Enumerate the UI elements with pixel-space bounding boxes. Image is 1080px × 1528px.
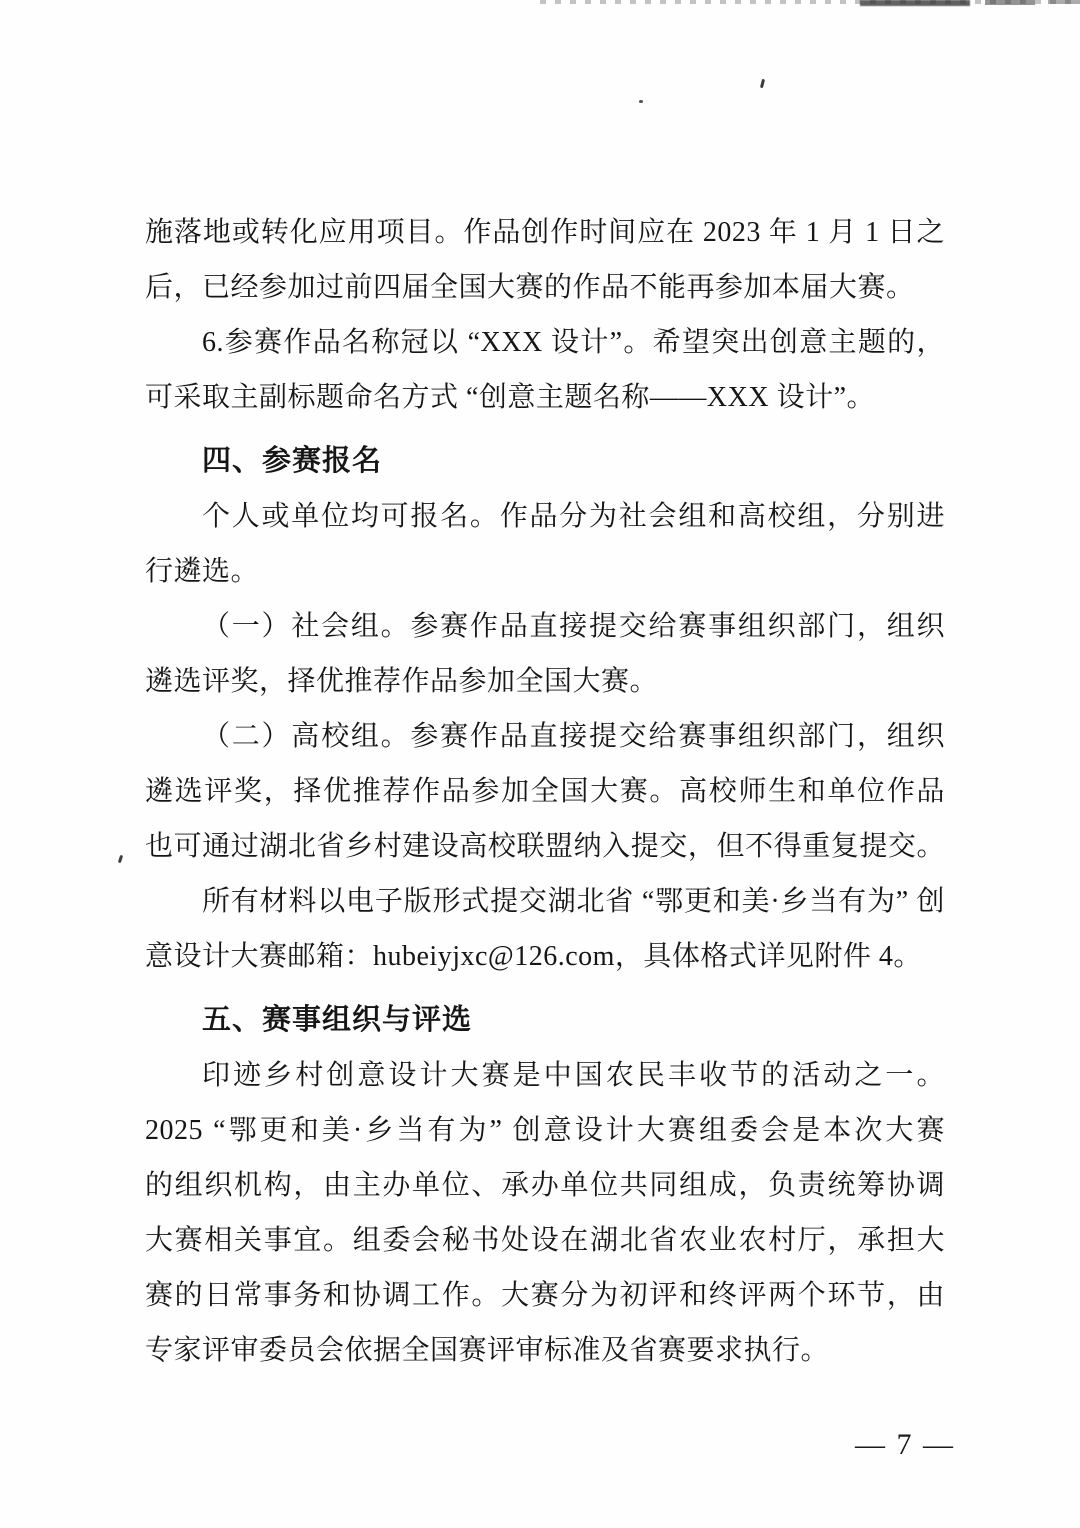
text-line: 遴选评奖，择优推荐作品参加全国大赛。高校师生和单位作品 <box>145 764 945 819</box>
text-line: 行遴选。 <box>145 544 945 599</box>
text-line: （二）高校组。参赛作品直接提交给赛事组织部门，组织 <box>145 709 945 764</box>
text-line: 可采取主副标题命名方式 “创意主题名称——XXX 设计”。 <box>145 370 945 425</box>
text-line: （一）社会组。参赛作品直接提交给赛事组织部门，组织 <box>145 599 945 654</box>
scan-artifact-blob <box>985 0 1035 5</box>
text-line: 施落地或转化应用项目。作品创作时间应在 2023 年 1 月 1 日之 <box>145 205 945 260</box>
text-line: 6.参赛作品名称冠以 “XXX 设计”。希望突出创意主题的， <box>145 315 945 370</box>
scan-artifact-blob <box>1048 0 1080 4</box>
text-line: 的组织机构，由主办单位、承办单位共同组成，负责统筹协调 <box>145 1158 945 1213</box>
text-line: 个人或单位均可报名。作品分为社会组和高校组，分别进 <box>145 489 945 544</box>
text-line: 也可通过湖北省乡村建设高校联盟纳入提交，但不得重复提交。 <box>145 819 945 874</box>
document-body: 施落地或转化应用项目。作品创作时间应在 2023 年 1 月 1 日之后，已经参… <box>145 205 945 1378</box>
scan-artifact-blob <box>860 0 970 6</box>
text-line: 意设计大赛邮箱：hubeiyjxc@126.com，具体格式详见附件 4。 <box>145 929 945 984</box>
scan-speck <box>639 100 643 103</box>
document-page: 施落地或转化应用项目。作品创作时间应在 2023 年 1 月 1 日之后，已经参… <box>0 0 1080 1528</box>
text-line: 所有材料以电子版形式提交湖北省 “鄂更和美·乡当有为” 创 <box>145 874 945 929</box>
text-line: 大赛相关事宜。组委会秘书处设在湖北省农业农村厅，承担大 <box>145 1213 945 1268</box>
scan-speck <box>760 79 765 88</box>
text-line: 专家评审委员会依据全国赛评审标准及省赛要求执行。 <box>145 1323 945 1378</box>
text-line: 遴选评奖，择优推荐作品参加全国大赛。 <box>145 654 945 709</box>
scan-speck <box>118 855 123 864</box>
page-number: — 7 — <box>0 1425 955 1465</box>
section-heading: 五、赛事组织与评选 <box>145 993 945 1048</box>
text-line: 印迹乡村创意设计大赛是中国农民丰收节的活动之一。 <box>145 1048 945 1103</box>
text-line: 赛的日常事务和协调工作。大赛分为初评和终评两个环节，由 <box>145 1268 945 1323</box>
text-line: 2025 “鄂更和美·乡当有为” 创意设计大赛组委会是本次大赛 <box>145 1103 945 1158</box>
text-line: 后，已经参加过前四届全国大赛的作品不能再参加本届大赛。 <box>145 260 945 315</box>
section-heading: 四、参赛报名 <box>145 434 945 489</box>
